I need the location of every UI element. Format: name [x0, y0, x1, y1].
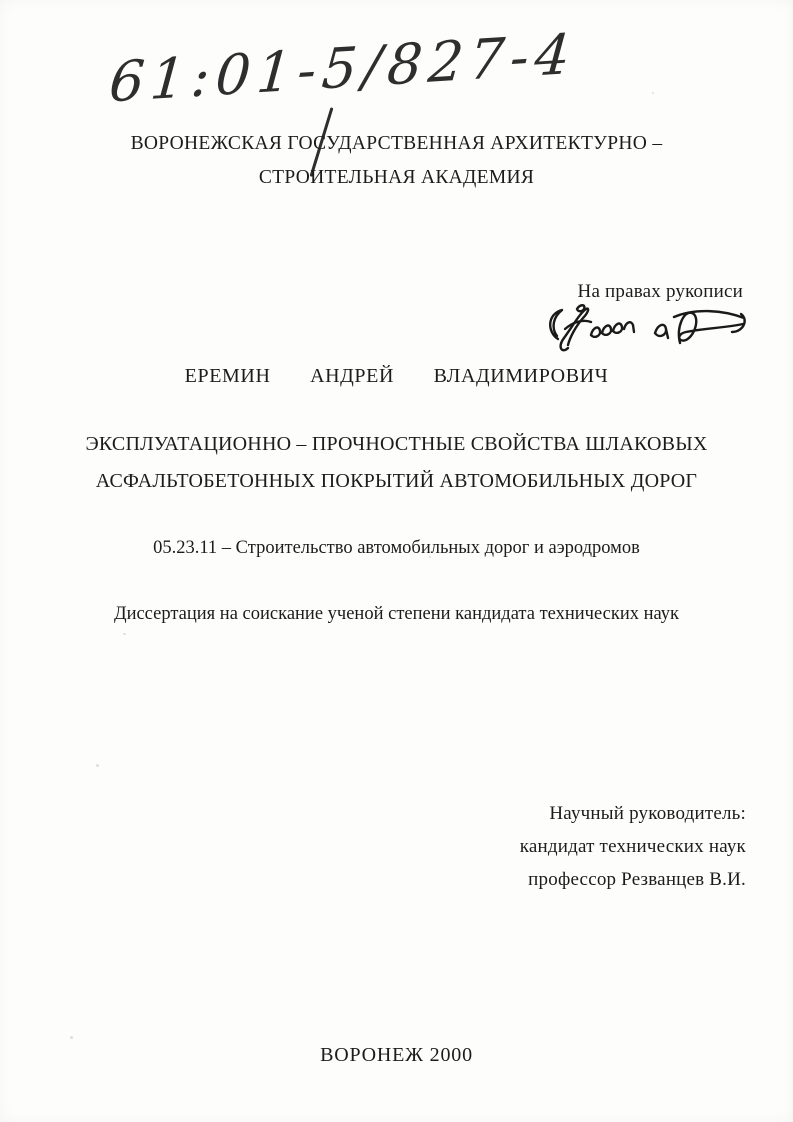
city-year: ВОРОНЕЖ 2000	[0, 1044, 793, 1067]
institution-line-1: ВОРОНЕЖСКАЯ ГОСУДАРСТВЕННАЯ АРХИТЕКТУРНО…	[0, 127, 793, 161]
supervisor-label: Научный руководитель:	[520, 797, 746, 830]
supervisor-degree: кандидат технических наук	[520, 830, 746, 863]
degree-statement: Диссертация на соискание ученой степени …	[0, 604, 793, 625]
signature-icon	[543, 301, 751, 359]
scan-speck	[123, 633, 126, 635]
catalog-number-handwritten: 61:01-5/827-4	[107, 21, 578, 114]
scan-speck	[96, 764, 99, 767]
manuscript-rights-note: На правах рукописи	[578, 281, 743, 303]
author-name: ЕРЕМИН АНДРЕЙ ВЛАДИМИРОВИЧ	[0, 365, 793, 388]
scanned-title-page: 61:01-5/827-4 ВОРОНЕЖСКАЯ ГОСУДАРСТВЕННА…	[0, 0, 793, 1122]
supervisor-block: Научный руководитель: кандидат техническ…	[520, 797, 746, 896]
specialty-code-line: 05.23.11 – Строительство автомобильных д…	[0, 538, 793, 559]
institution-name: ВОРОНЕЖСКАЯ ГОСУДАРСТВЕННАЯ АРХИТЕКТУРНО…	[0, 127, 793, 195]
scan-speck	[70, 1036, 73, 1039]
dissertation-title-line-2: АСФАЛЬТОБЕТОННЫХ ПОКРЫТИЙ АВТОМОБИЛЬНЫХ …	[0, 463, 793, 500]
dissertation-title: ЭКСПЛУАТАЦИОННО – ПРОЧНОСТНЫЕ СВОЙСТВА Ш…	[0, 426, 793, 500]
supervisor-name: профессор Резванцев В.И.	[520, 863, 746, 896]
scan-speck	[429, 556, 431, 558]
scan-speck	[652, 92, 654, 94]
institution-line-2: СТРОИТЕЛЬНАЯ АКАДЕМИЯ	[0, 161, 793, 195]
dissertation-title-line-1: ЭКСПЛУАТАЦИОННО – ПРОЧНОСТНЫЕ СВОЙСТВА Ш…	[0, 426, 793, 463]
